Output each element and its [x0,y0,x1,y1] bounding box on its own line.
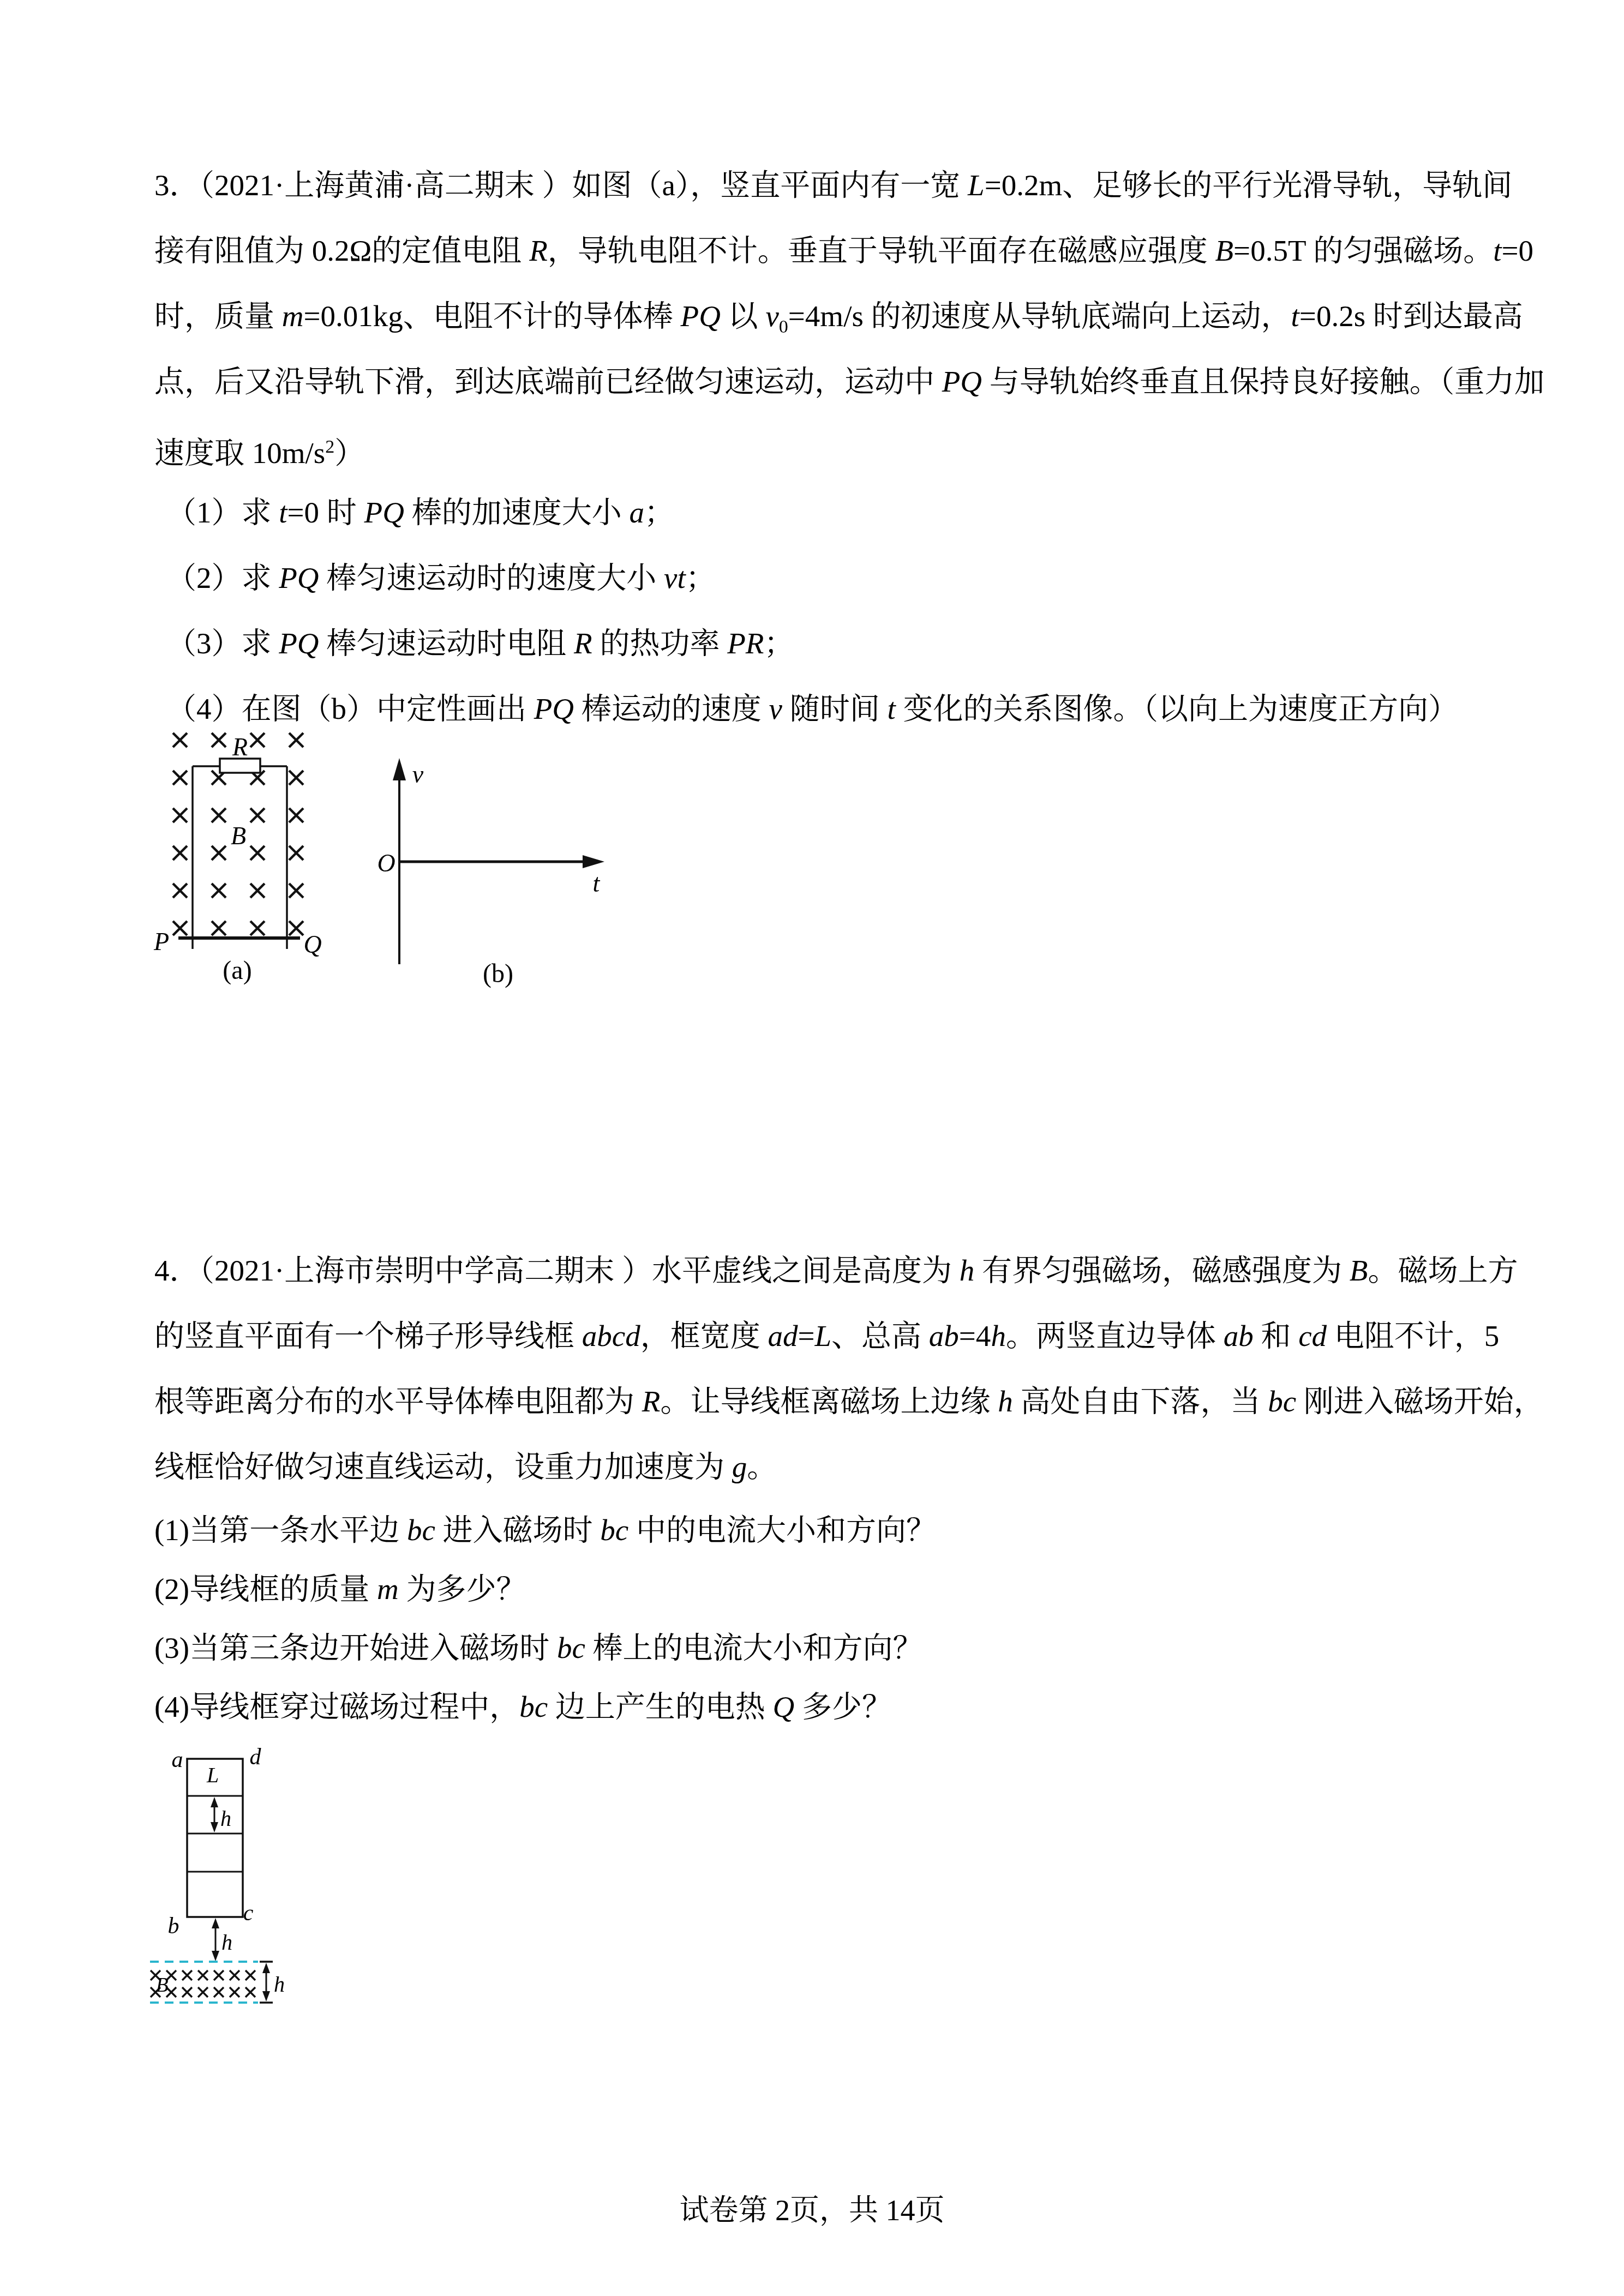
field-into-page-cross-icon [250,846,265,860]
corner-label-c: c [243,1901,254,1926]
field-into-page-cross-icon [214,1970,224,1980]
field-into-page-cross-icon [198,1970,208,1980]
page-footer: 试卷第 2页，共 14页 [0,2186,1624,2235]
field-into-page-cross-icon [212,808,226,822]
origin-label: O [377,849,395,877]
text-line: 线框恰好做匀速直线运动，设重力加速度为 g。 [154,1434,1507,1500]
field-into-page-cross-icon [214,1987,224,1997]
corner-label-d: d [250,1745,262,1770]
field-into-page-cross-icon [212,921,226,935]
text-line: （3）求 PQ 棒匀速运动时电阻 R 的热功率 PR； [154,611,1507,676]
arrowhead-down-icon [262,1991,270,2002]
text-line: (1)当第一条水平边 bc 进入磁场时 bc 中的电流大小和方向？ [154,1501,1507,1560]
corner-label-a: a [172,1747,183,1772]
figure-ladder-frame-diagram: a d L h b c h B h [136,1740,311,2023]
field-into-page-cross-icon [198,1987,208,1997]
field-into-page-cross-icon [289,921,303,935]
v-axis-arrowhead [393,758,406,780]
field-into-page-cross-icon [212,733,226,747]
field-into-page-cross-icon [250,733,265,747]
field-into-page-cross-icon [173,921,187,935]
figure-a-circuit-diagram: R B P Q (a) [147,728,338,990]
text-line: 速度取 10m/s2） [154,414,1507,480]
field-into-page-cross-icon [173,771,187,785]
t-axis-arrowhead [583,855,604,868]
figure-b-vt-axes: v O t (b) [355,728,638,990]
problem-4-subquestions: (1)当第一条水平边 bc 进入磁场时 bc 中的电流大小和方向？(2)导线框的… [154,1501,1507,1736]
field-height-label: h [274,1972,285,1997]
field-into-page-cross-icon [289,771,303,785]
text-line: (2)导线框的质量 m 为多少？ [154,1560,1507,1619]
field-into-page-cross-icon [173,733,187,747]
arrowhead-up-icon [262,1963,270,1973]
field-label: B [231,822,246,850]
field-into-page-cross-icon [250,921,265,935]
field-into-page-cross-icon [182,1970,192,1980]
field-into-page-cross-icon [245,1987,255,1997]
problem-3-paragraph: 3．（2021·上海黄浦·高二期末 ）如图（a），竖直平面内有一宽 L=0.2m… [154,153,1507,480]
field-label: B [155,1974,168,1997]
field-into-page-cross-icon [182,1987,192,1997]
corner-label-b: b [168,1914,179,1939]
field-into-page-cross-icon [173,846,187,860]
text-line: 接有阻值为 0.2Ω的定值电阻 R，导轨电阻不计。垂直于导轨平面存在磁感应强度 … [154,218,1507,284]
frame-width-label: L [206,1763,219,1787]
field-into-page-cross-icon [212,883,226,898]
field-into-page-cross-icon [250,883,265,898]
field-into-page-cross-icon [245,1970,255,1980]
field-into-page-cross-icon [173,808,187,822]
text-line: 时，质量 m=0.01kg、电阻不计的导体棒 PQ 以 v0=4m/s 的初速度… [154,284,1507,349]
field-into-page-cross-icon [289,808,303,822]
text-line: （1）求 t=0 时 PQ 棒的加速度大小 a； [154,480,1507,545]
text-line: 根等距离分布的水平导体棒电阻都为 R。让导线框离磁场上边缘 h 高处自由下落，当… [154,1369,1507,1434]
text-line: (3)当第三条边开始进入磁场时 bc 棒上的电流大小和方向？ [154,1619,1507,1678]
text-line: 点，后又沿导轨下滑，到达底端前已经做匀速运动，运动中 PQ 与导轨始终垂直且保持… [154,349,1507,414]
gap-label: h [221,1930,232,1955]
rung-spacing-label: h [220,1806,231,1831]
field-into-page-cross-icon [173,883,187,898]
figure-a-caption: (a) [223,956,251,985]
field-into-page-cross-icon [289,846,303,860]
bar-end-label-q: Q [303,930,321,958]
problem-4-paragraph: 4．（2021·上海市崇明中学高二期末 ）水平虚线之间是高度为 h 有界匀强磁场… [154,1238,1507,1500]
arrowhead-down-icon [212,1951,219,1961]
figure-b-caption: (b) [483,959,513,988]
arrowhead-up-icon [212,1918,219,1928]
text-line: 4．（2021·上海市崇明中学高二期末 ）水平虚线之间是高度为 h 有界匀强磁场… [154,1238,1507,1303]
bar-end-label-p: P [153,928,169,955]
field-into-page-cross-icon [289,733,303,747]
text-line: 3．（2021·上海黄浦·高二期末 ）如图（a），竖直平面内有一宽 L=0.2m… [154,153,1507,218]
resistor-label: R [232,733,248,761]
arrowhead-down-icon [211,1822,218,1832]
y-axis-label: v [412,760,424,788]
field-into-page-cross-icon [230,1970,239,1980]
text-line: （2）求 PQ 棒匀速运动时的速度大小 vt； [154,545,1507,611]
x-axis-label: t [593,869,601,897]
field-into-page-cross-icon [230,1987,239,1997]
text-line: (4)导线框穿过磁场过程中，bc 边上产生的电热 Q 多少？ [154,1678,1507,1736]
text-line: 的竖直平面有一个梯子形导线框 abcd，框宽度 ad=L、总高 ab=4h。两竖… [154,1303,1507,1369]
exam-page: { "page": { "footer": "试卷第 2页，共 14页" }, … [0,0,1624,2296]
field-into-page-cross-icon [212,846,226,860]
arrowhead-up-icon [211,1797,218,1807]
field-into-page-cross-icon [289,883,303,898]
field-into-page-cross-icon [250,808,265,822]
problem-3-subquestions: （1）求 t=0 时 PQ 棒的加速度大小 a；（2）求 PQ 棒匀速运动时的速… [154,480,1507,742]
